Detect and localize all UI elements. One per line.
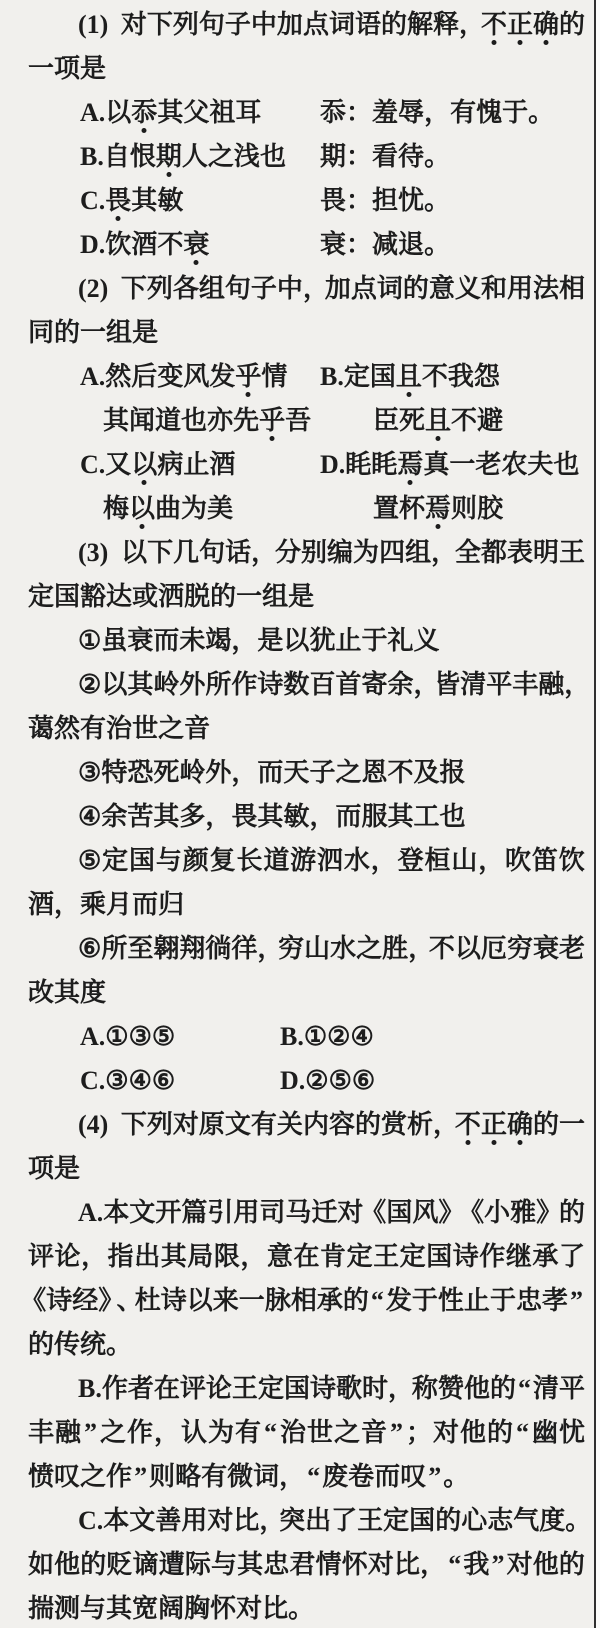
option-right: D.眊眊焉真一老农夫也 [320, 443, 585, 487]
text-line: 《诗经》、杜诗以来一脉相承的“发于性止于忠孝” [28, 1279, 585, 1323]
option-left: A.然后变风发乎情 [80, 355, 320, 399]
text-line: 项是 [28, 1147, 585, 1191]
text-line: ④余苦其多，畏其敏，而服其工也 [28, 795, 585, 839]
option-row: C.又以病止酒D.眊眊焉真一老农夫也 [28, 443, 585, 487]
text-line: A.本文开篇引用司马迁对《国风》《小雅》的 [28, 1191, 585, 1235]
text-line: 揣测与其宽阔胸怀对比。 [28, 1587, 585, 1628]
option-row: 梅以曲为美置杯焉则胶 [28, 487, 585, 531]
option-left: A.①③⑤ [80, 1015, 280, 1059]
text-line: 丰融”之作，认为有“治世之音”；对他的“幽忧 [28, 1411, 585, 1455]
text-line: 一项是 [28, 47, 585, 91]
option-right: 期：看待。 [320, 135, 585, 179]
option-left: C.③④⑥ [80, 1059, 280, 1103]
option-row: B.自恨期人之浅也期：看待。 [28, 135, 585, 179]
text-line: (1) 对下列句子中加点词语的解释，不正确的 [28, 3, 585, 47]
text-line: 评论，指出其局限，意在肯定王定国诗作继承了 [28, 1235, 585, 1279]
question-text-block: (1) 对下列句子中加点词语的解释，不正确的一项是A.以忝其父祖耳忝：羞辱，有愧… [28, 3, 585, 1628]
option-left: D.饮酒不衰 [80, 223, 320, 267]
option-left: 梅以曲为美 [103, 487, 318, 531]
text-line: (4) 下列对原文有关内容的赏析，不正确的一 [28, 1103, 585, 1147]
option-right: 置杯焉则胶 [318, 487, 585, 531]
text-line: (3) 以下几句话，分别编为四组，全都表明王 [28, 531, 585, 575]
option-left: C.又以病止酒 [80, 443, 320, 487]
text-line: 如他的贬谪遭际与其忠君情怀对比，“我”对他的 [28, 1543, 585, 1587]
option-row: 其闻道也亦先乎吾臣死且不避 [28, 399, 585, 443]
text-line: 改其度 [28, 971, 585, 1015]
text-line: 酒，乘月而归 [28, 883, 585, 927]
option-left: 其闻道也亦先乎吾 [103, 399, 318, 443]
option-row: A.以忝其父祖耳忝：羞辱，有愧于。 [28, 91, 585, 135]
text-line: 定国豁达或洒脱的一组是 [28, 575, 585, 619]
scan-edge-paper [596, 0, 600, 1628]
option-right: B.①②④ [280, 1015, 585, 1059]
option-row: C.畏其敏畏：担忧。 [28, 179, 585, 223]
option-row: A.①③⑤B.①②④ [28, 1015, 585, 1059]
option-left: C.畏其敏 [80, 179, 320, 223]
text-line: ②以其岭外所作诗数百首寄余，皆清平丰融， [28, 663, 585, 707]
text-line: ③特恐死岭外，而天子之恩不及报 [28, 751, 585, 795]
option-right: 臣死且不避 [318, 399, 585, 443]
option-right: B.定国且不我怨 [320, 355, 585, 399]
option-right: 忝：羞辱，有愧于。 [320, 91, 585, 135]
option-right: 衰：减退。 [320, 223, 585, 267]
text-line: 蔼然有治世之音 [28, 707, 585, 751]
option-right: 畏：担忧。 [320, 179, 585, 223]
option-left: A.以忝其父祖耳 [80, 91, 320, 135]
option-row: A.然后变风发乎情B.定国且不我怨 [28, 355, 585, 399]
option-row: C.③④⑥D.②⑤⑥ [28, 1059, 585, 1103]
option-row: D.饮酒不衰衰：减退。 [28, 223, 585, 267]
text-line: 愤叹之作”则略有微词，“废卷而叹”。 [28, 1455, 585, 1499]
exam-scan-page: (1) 对下列句子中加点词语的解释，不正确的一项是A.以忝其父祖耳忝：羞辱，有愧… [0, 0, 600, 1628]
text-line: 同的一组是 [28, 311, 585, 355]
text-line: 的传统。 [28, 1323, 585, 1367]
text-line: C.本文善用对比，突出了王定国的心志气度。 [28, 1499, 585, 1543]
text-line: B.作者在评论王定国诗歌时，称赞他的“清平 [28, 1367, 585, 1411]
text-line: (2) 下列各组句子中，加点词的意义和用法相 [28, 267, 585, 311]
text-line: ①虽衰而未竭，是以犹止于礼义 [28, 619, 585, 663]
option-right: D.②⑤⑥ [280, 1059, 585, 1103]
option-left: B.自恨期人之浅也 [80, 135, 320, 179]
text-line: ⑤定国与颜复长道游泗水，登桓山，吹笛饮 [28, 839, 585, 883]
text-line: ⑥所至翱翔徜徉，穷山水之胜，不以厄穷衰老 [28, 927, 585, 971]
